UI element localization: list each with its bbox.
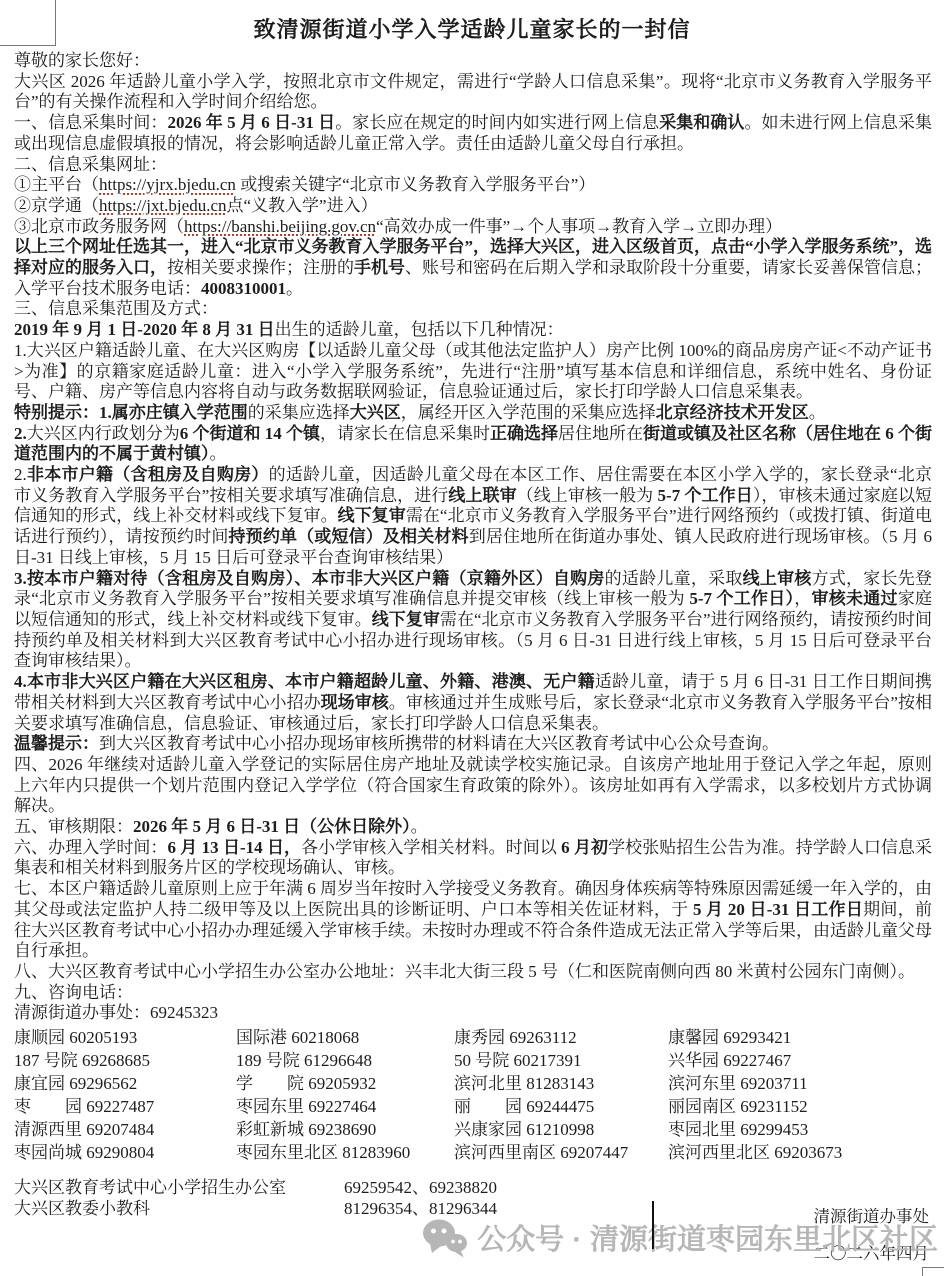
- text-segment: ，请家长在信息采集时: [320, 424, 490, 443]
- phone-entry: 滨河北里 81283143: [454, 1072, 668, 1095]
- paragraph: 1.大兴区户籍适龄儿童、在大兴区购房【以适龄儿童父母（或其他法定监护人）房产比例…: [14, 341, 932, 403]
- contact-label: 大兴区教委小教科: [14, 1198, 344, 1219]
- phone-entry: 兴华园 69227467: [668, 1049, 932, 1072]
- letter-body: 尊敬的家长您好：大兴区 2026 年适龄儿童小学入学，按照北京市文件规定，需进行…: [14, 51, 932, 1219]
- community-name: 枣 园: [14, 1097, 82, 1116]
- community-name: 滨河西里南区: [454, 1143, 556, 1162]
- contact-row: 大兴区教委小教科81296354、81296344: [14, 1198, 932, 1219]
- contact-phones: 69259542、69238820: [344, 1177, 932, 1198]
- text-segment: 大兴区内行政划分为: [27, 424, 180, 443]
- text-segment: 采集和确认: [659, 113, 744, 132]
- paragraph: 四、2026 年继续对适龄儿童入学登记的实际居住房产地址及就读学校实施记录。自该…: [14, 755, 932, 817]
- text-segment: 1.大兴区户籍适龄儿童、在大兴区购房【以适龄儿童父母（或其他法定监护人）房产比例…: [14, 341, 932, 401]
- text-segment: 的采集应选择: [248, 403, 350, 422]
- paragraph: 尊敬的家长您好：: [14, 51, 932, 72]
- text-segment: 大兴区: [350, 403, 401, 422]
- phone-number: 69268685: [78, 1051, 150, 1070]
- paragraph: 一、信息采集时间：2026 年 5 月 6 日-31 日。家长应在规定的时间内如…: [14, 113, 932, 154]
- phone-number: 69227487: [82, 1097, 154, 1116]
- community-name: 康宜园: [14, 1074, 65, 1093]
- text-segment: 线上联审: [448, 486, 516, 505]
- letter-page: 致清源街道小学入学适龄儿童家长的一封信 尊敬的家长您好：大兴区 2026 年适龄…: [0, 0, 944, 1276]
- paragraph: 特别提示：1.属亦庄镇入学范围的采集应选择大兴区，属经开区入学范围的采集应选择北…: [14, 403, 932, 424]
- community-name: 滨河北里: [454, 1074, 522, 1093]
- phone-number: 60217391: [509, 1051, 581, 1070]
- text-segment: 。: [286, 279, 303, 298]
- phone-number: 69238690: [304, 1120, 376, 1139]
- phone-entry: 康秀园 69263112: [454, 1026, 668, 1049]
- phone-number: 69227464: [304, 1097, 376, 1116]
- phone-entry: 国际港 60218068: [236, 1026, 454, 1049]
- text-segment: 2019 年 9 月 1 日-2020 年 8 月 31 日: [14, 320, 275, 339]
- paragraph-list: 尊敬的家长您好：大兴区 2026 年适龄儿童小学入学，按照北京市文件规定，需进行…: [14, 51, 932, 1024]
- phone-entry: 枣园东里北区 81283960: [236, 1141, 454, 1164]
- text-segment: 的适龄儿童，采取: [605, 569, 743, 588]
- paragraph: 七、本区户籍适龄儿童原则上应于年满 6 周岁当年按时入学接受义务教育。确因身体疾…: [14, 879, 932, 962]
- text-segment: 。家长应在规定的时间内如实进行网上信息: [335, 113, 659, 132]
- community-name: 康馨园: [668, 1028, 719, 1047]
- paragraph: 二、信息采集网址：: [14, 155, 932, 176]
- phone-number: 69205932: [304, 1074, 376, 1093]
- text-segment: 各小学审核入学相关材料。时间以: [301, 838, 561, 857]
- phone-entry: 彩虹新城 69238690: [236, 1118, 454, 1141]
- phone-entry: 滨河东里 69203711: [668, 1072, 932, 1095]
- text-segment: 点“义教入学”进入）: [227, 196, 378, 215]
- community-name: 丽 园: [454, 1097, 522, 1116]
- phone-number: 60205193: [65, 1028, 137, 1047]
- community-name: 国际港: [236, 1028, 287, 1047]
- text-segment: 6 月初: [561, 838, 608, 857]
- phone-number: 81283960: [338, 1143, 410, 1162]
- paragraph: ②京学通（https://jxt.bjedu.cn点“义教入学”进入）: [14, 196, 932, 217]
- text-segment: 非本市户籍（含租房及自购房）: [27, 465, 269, 484]
- phone-entry: 兴康家园 61210998: [454, 1118, 668, 1141]
- wechat-icon: [422, 1218, 468, 1258]
- community-name: 枣园东里: [236, 1097, 304, 1116]
- phone-entry: 丽园南区 69231152: [668, 1095, 932, 1118]
- text-segment: “高效办成一件事”→个人事项→教育入学→立即办理）: [376, 217, 782, 236]
- paragraph: 大兴区 2026 年适龄儿童小学入学，按照北京市文件规定，需进行“学龄人口信息采…: [14, 72, 932, 113]
- text-segment: 北京经济技术开发区: [656, 403, 809, 422]
- text-segment: 尊敬的家长您好：: [14, 51, 150, 70]
- paragraph: 五、审核期限：2026 年 5 月 6 日-31 日（公休日除外）。: [14, 817, 932, 838]
- text-segment: 4008310001: [201, 279, 286, 298]
- frame-corner-top-left: [55, 0, 56, 45]
- text-segment: 5-7 个工作日: [658, 486, 753, 505]
- community-name: 兴华园: [668, 1051, 719, 1070]
- text-segment: 清源街道办事处：69245323: [14, 1003, 218, 1022]
- text-segment: 3.按本市户籍对待（含租房及自购房）、本市非大兴区户籍（京籍外区）自购房: [14, 569, 605, 588]
- contact-row: 大兴区教育考试中心小学招生办公室69259542、69238820: [14, 1177, 932, 1198]
- text-segment: 2026 年 5 月 6 日-31 日: [167, 113, 335, 132]
- footer-contact-list: 大兴区教育考试中心小学招生办公室69259542、69238820大兴区教委小教…: [14, 1177, 932, 1219]
- text-segment: ③北京市政务服务网（: [14, 217, 184, 236]
- text-segment: 线上审核: [743, 569, 812, 588]
- phone-number: 81283143: [522, 1074, 594, 1093]
- phone-number: 69296562: [65, 1074, 137, 1093]
- text-segment: ，属经开区入学范围的采集应选择: [401, 403, 656, 422]
- paragraph: 2.非本市户籍（含租房及自购房）的适龄儿童，因适龄儿童父母在本区工作、居住需要在…: [14, 465, 932, 569]
- paragraph: 2019 年 9 月 1 日-2020 年 8 月 31 日出生的适龄儿童，包括…: [14, 320, 932, 341]
- paragraph: ①主平台（https://yjrx.bjedu.cn 或搜索关键字“北京市义务教…: [14, 175, 932, 196]
- paragraph: 三、信息采集范围及方式：: [14, 299, 932, 320]
- community-name: 枣园尚城: [14, 1143, 82, 1162]
- community-name: 50 号院: [454, 1051, 509, 1070]
- community-name: 彩虹新城: [236, 1120, 304, 1139]
- text-segment: ，: [794, 589, 811, 608]
- text-segment: 5 月 20 日-31 日工作日: [693, 900, 863, 919]
- community-name: 189 号院: [236, 1051, 300, 1070]
- paragraph: 九、咨询电话：: [14, 983, 932, 1004]
- text-segment: 。: [809, 403, 826, 422]
- phone-entry: 丽 园 69244475: [454, 1095, 668, 1118]
- community-name: 兴康家园: [454, 1120, 522, 1139]
- text-segment: 出生的适龄儿童，包括以下几种情况：: [275, 320, 564, 339]
- text-segment: 线下复审: [338, 506, 406, 525]
- contact-label: 大兴区教育考试中心小学招生办公室: [14, 1177, 344, 1198]
- text-segment: 2026 年 5 月 6 日-31 日（公休日除外）: [133, 817, 411, 836]
- text-segment: 特别提示：1.属亦庄镇入学范围: [14, 403, 248, 422]
- text-segment: 按相关要求操作；注册的: [167, 258, 354, 277]
- phone-number: 60218068: [287, 1028, 359, 1047]
- paragraph: 温馨提示：到大兴区教育考试中心小招办现场审核所携带的材料请在大兴区教育考试中心公…: [14, 734, 932, 755]
- community-name: 康秀园: [454, 1028, 505, 1047]
- url-text: https://jxt.bjedu.cn: [99, 196, 227, 215]
- paragraph: 2.大兴区内行政划分为6 个街道和 14 个镇，请家长在信息采集时正确选择居住地…: [14, 424, 932, 465]
- phone-entry: 189 号院 61296648: [236, 1049, 454, 1072]
- phone-entry: 康宜园 69296562: [14, 1072, 236, 1095]
- phone-number: 69231152: [736, 1097, 808, 1116]
- watermark-text: 公众号 · 清源街道枣园东里北区社区: [477, 1217, 938, 1258]
- text-segment: 4.本市非大兴区户籍在大兴区租房、本市户籍超龄儿童、外籍、港澳、无户籍: [14, 672, 595, 691]
- text-segment: 2.: [14, 424, 27, 443]
- text-segment: 正确选择: [490, 424, 558, 443]
- paragraph: 以上三个网址任选其一，进入“北京市义务教育入学服务平台”，选择大兴区，进入区级首…: [14, 237, 932, 299]
- phone-entry: 清源西里 69207484: [14, 1118, 236, 1141]
- text-segment: （线上审核一般为: [517, 486, 658, 505]
- phone-number: 69207484: [82, 1120, 154, 1139]
- phone-number: 69203673: [770, 1143, 842, 1162]
- phone-entry: 枣园尚城 69290804: [14, 1141, 236, 1164]
- watermark: 公众号 · 清源街道枣园东里北区社区: [422, 1217, 938, 1258]
- community-name: 枣园北里: [668, 1120, 736, 1139]
- text-segment: 九、咨询电话：: [14, 983, 133, 1002]
- phone-entry: 康顺园 60205193: [14, 1026, 236, 1049]
- text-segment: 到大兴区教育考试中心小招办现场审核所携带的材料请在大兴区教育考试中心公众号查询。: [99, 734, 779, 753]
- phone-entry: 枣 园 69227487: [14, 1095, 236, 1118]
- frame-corner-top-left: [0, 45, 56, 46]
- phone-entry: 康馨园 69293421: [668, 1026, 932, 1049]
- text-segment: 一、信息采集时间：: [14, 113, 167, 132]
- paragraph: 六、办理入学时间：6 月 13 日-14 日，各小学审核入学相关材料。时间以 6…: [14, 838, 932, 879]
- community-name: 187 号院: [14, 1051, 78, 1070]
- community-name: 康顺园: [14, 1028, 65, 1047]
- phone-entry: 学 院 69205932: [236, 1072, 454, 1095]
- phone-number: 69263112: [505, 1028, 577, 1047]
- phone-entry: 50 号院 60217391: [454, 1049, 668, 1072]
- paragraph: 4.本市非大兴区户籍在大兴区租房、本市户籍超龄儿童、外籍、港澳、无户籍适龄儿童，…: [14, 672, 932, 734]
- phone-number: 61296648: [300, 1051, 372, 1070]
- community-name: 滨河西里北区: [668, 1143, 770, 1162]
- text-segment: 居住地所在: [558, 424, 643, 443]
- phone-table: 康顺园 60205193国际港 60218068康秀园 69263112康馨园 …: [14, 1026, 932, 1164]
- community-name: 丽园南区: [668, 1097, 736, 1116]
- text-segment: 手机号: [354, 258, 405, 277]
- community-name: 枣园东里北区: [236, 1143, 338, 1162]
- community-name: 滨河东里: [668, 1074, 736, 1093]
- text-segment: 线下复审: [372, 610, 440, 629]
- text-segment: 四、2026 年继续对适龄儿童入学登记的实际居住房产地址及就读学校实施记录。自该…: [14, 755, 932, 815]
- text-segment: 大兴区 2026 年适龄儿童小学入学，按照北京市文件规定，需进行“学龄人口信息采…: [14, 72, 932, 112]
- url-text: https://banshi.beijing.gov.cn: [184, 217, 376, 236]
- text-segment: 六、办理入学时间：: [14, 838, 167, 857]
- text-segment: 6 月 13 日-14 日，: [167, 838, 301, 857]
- text-segment: 。: [210, 444, 227, 463]
- phone-entry: 滨河西里南区 69207447: [454, 1141, 668, 1164]
- text-segment: 八、大兴区教育考试中心小学招生办公室办公地址：兴丰北大街三段 5 号（仁和医院南…: [14, 962, 915, 981]
- phone-entry: 枣园北里 69299453: [668, 1118, 932, 1141]
- community-name: 学 院: [236, 1074, 304, 1093]
- phone-number: 69244475: [522, 1097, 594, 1116]
- text-segment: 三、信息采集范围及方式：: [14, 299, 218, 318]
- paragraph: 清源街道办事处：69245323: [14, 1003, 932, 1024]
- phone-number: 69293421: [719, 1028, 791, 1047]
- text-segment: 二、信息采集网址：: [14, 155, 167, 174]
- phone-number: 69207447: [556, 1143, 628, 1162]
- page-title: 致清源街道小学入学适龄儿童家长的一封信: [0, 0, 944, 44]
- phone-number: 69299453: [736, 1120, 808, 1139]
- text-segment: 。: [411, 817, 428, 836]
- text-segment: 现场审核: [321, 693, 389, 712]
- text-segment: 5-7 个工作日）: [689, 589, 794, 608]
- text-segment: 持预约单（或短信）及相关材料: [229, 527, 469, 546]
- phone-entry: 滨河西里北区 69203673: [668, 1141, 932, 1164]
- text-segment: 或搜索关键字“北京市义务教育入学服务平台”）: [236, 175, 595, 194]
- phone-number: 61210998: [522, 1120, 594, 1139]
- phone-number: 69290804: [82, 1143, 154, 1162]
- url-text: https://yjrx.bjedu.cn: [99, 175, 236, 194]
- community-name: 清源西里: [14, 1120, 82, 1139]
- paragraph: ③北京市政务服务网（https://banshi.beijing.gov.cn“…: [14, 217, 932, 238]
- phone-entry: 187 号院 69268685: [14, 1049, 236, 1072]
- text-segment: 温馨提示：: [14, 734, 99, 753]
- text-segment: 6 个街道和 14 个镇: [180, 424, 320, 443]
- text-segment: ②京学通（: [14, 196, 99, 215]
- paragraph: 3.按本市户籍对待（含租房及自购房）、本市非大兴区户籍（京籍外区）自购房的适龄儿…: [14, 569, 932, 673]
- phone-number: 69227467: [719, 1051, 791, 1070]
- phone-number: 69203711: [736, 1074, 808, 1093]
- text-segment: ①主平台（: [14, 175, 99, 194]
- text-cursor: [652, 1201, 654, 1249]
- phone-entry: 枣园东里 69227464: [236, 1095, 454, 1118]
- text-segment: 五、审核期限：: [14, 817, 133, 836]
- text-segment: 审核未通过: [812, 589, 898, 608]
- text-segment: 2.: [14, 465, 27, 484]
- paragraph: 八、大兴区教育考试中心小学招生办公室办公地址：兴丰北大街三段 5 号（仁和医院南…: [14, 962, 932, 983]
